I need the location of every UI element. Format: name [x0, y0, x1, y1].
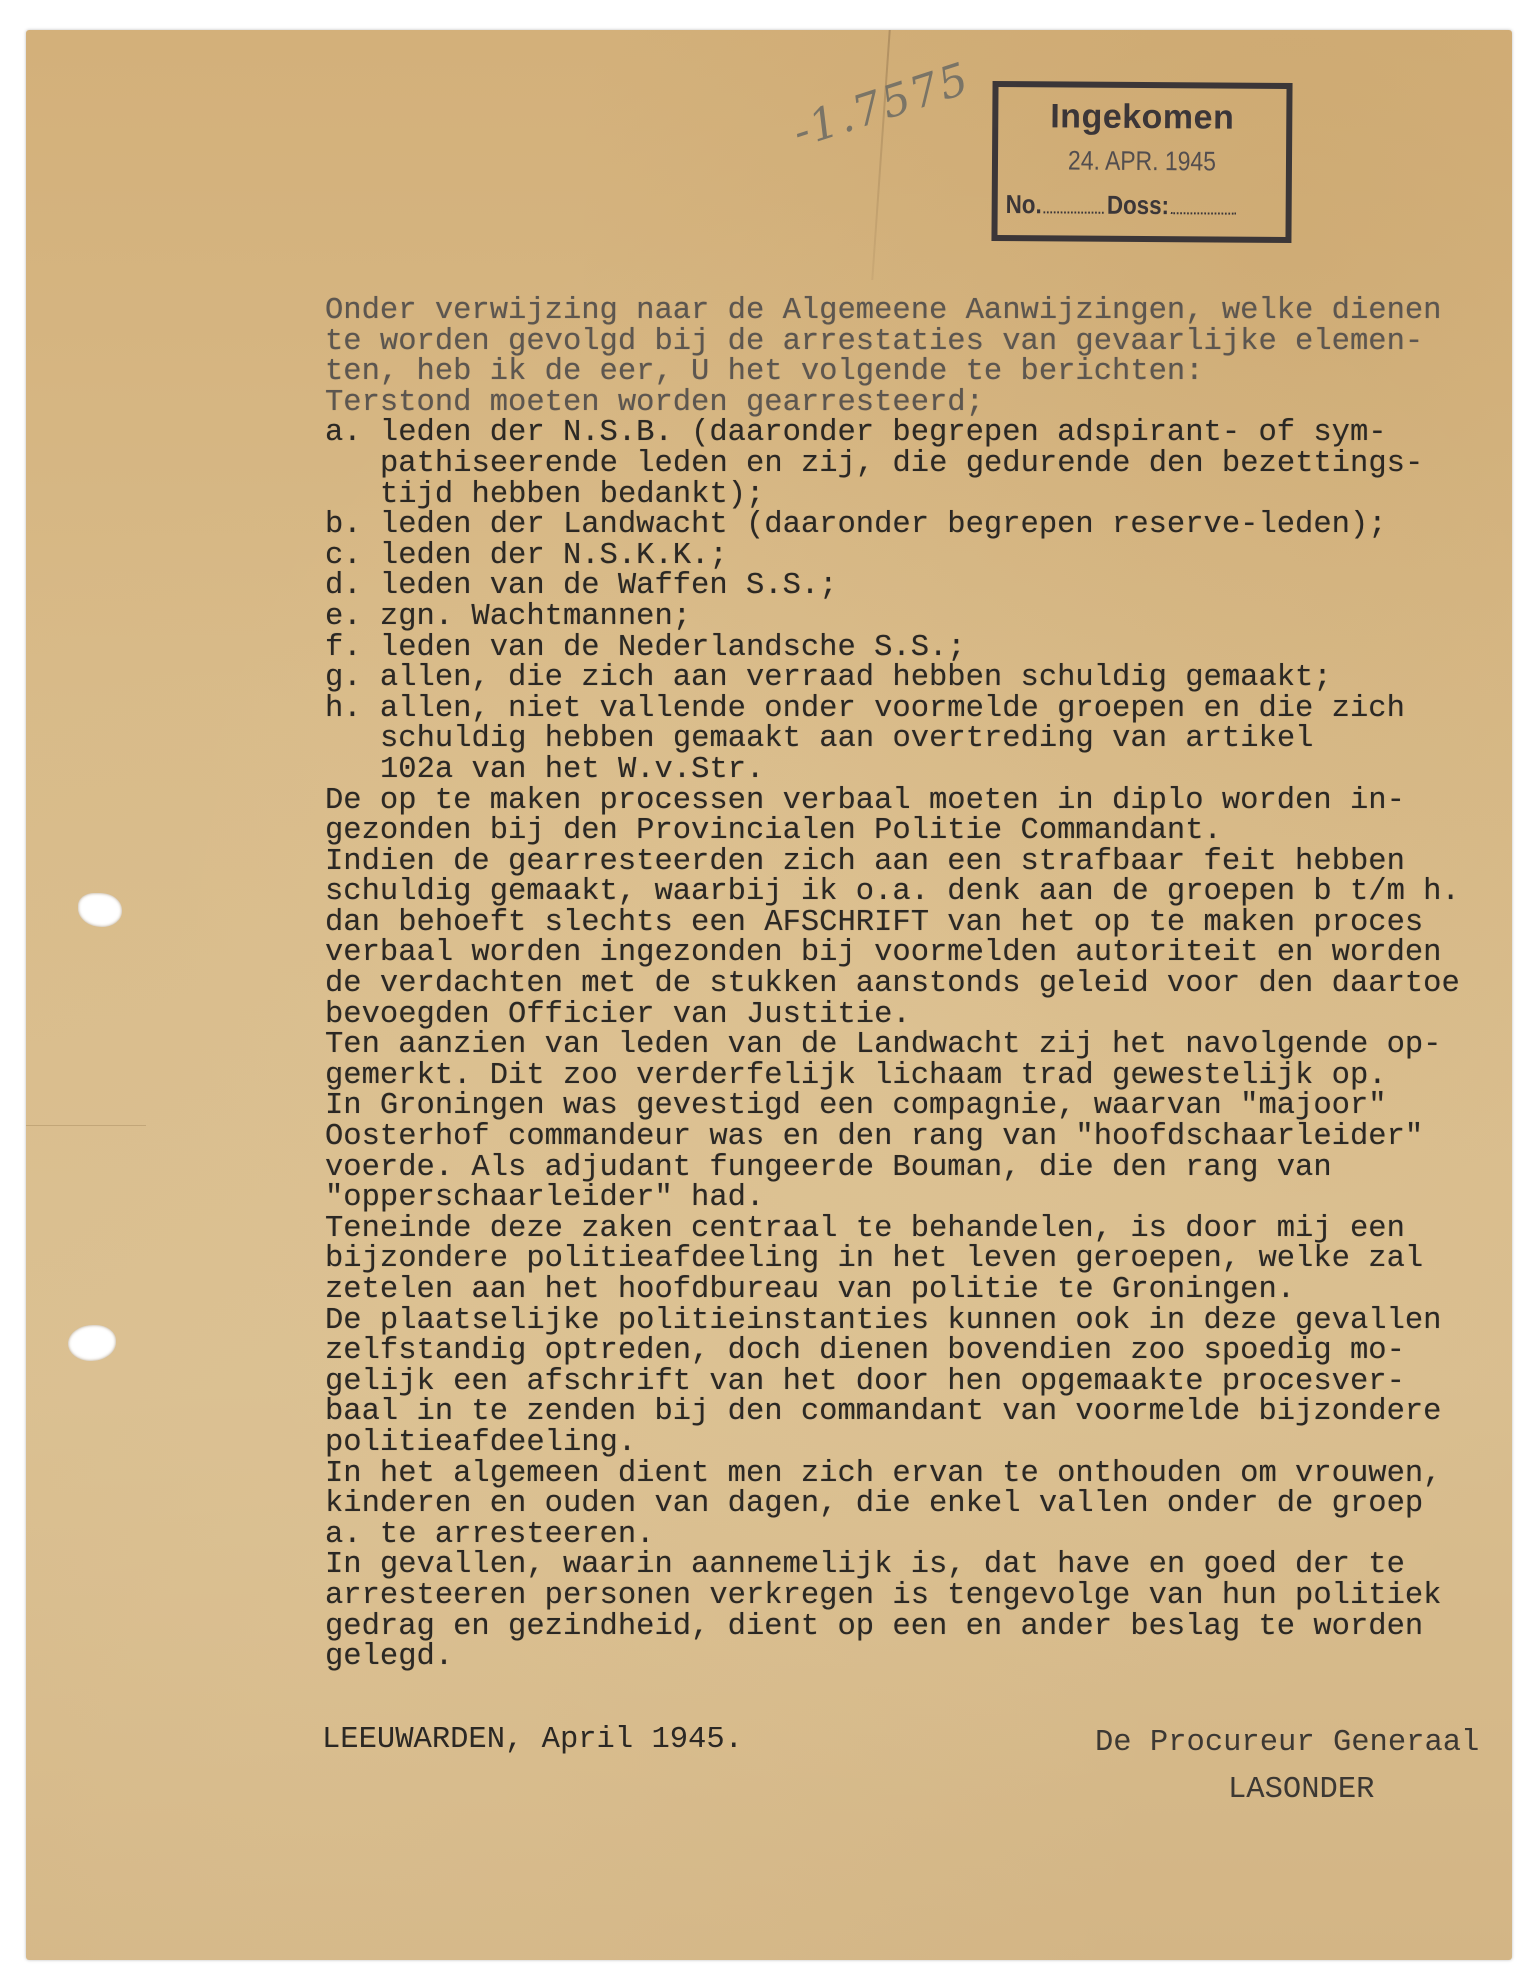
- text-line: 102a van het W.v.Str.: [325, 755, 1525, 786]
- text-line: pathiseerende leden en zij, die gedurend…: [325, 449, 1525, 480]
- text-line: de verdachten met de stukken aanstonds g…: [325, 969, 1525, 1000]
- stamp-title: Ingekomen: [998, 97, 1286, 138]
- text-line: politieafdeeling.: [325, 1428, 1525, 1459]
- letter-body: Onder verwijzing naar de Algemeene Aanwi…: [325, 296, 1525, 1673]
- text-line: arresteeren personen verkregen is tengev…: [325, 1581, 1525, 1612]
- stamp-no-blank: [1043, 211, 1103, 213]
- text-line: gezonden bij den Provincialen Politie Co…: [325, 816, 1525, 847]
- text-line: gedrag en gezindheid, dient op een en an…: [325, 1612, 1525, 1643]
- text-line: Terstond moeten worden gearresteerd;: [325, 388, 1525, 419]
- text-line: baal in te zenden bij den commandant van…: [325, 1397, 1525, 1428]
- text-line: kinderen en ouden van dagen, die enkel v…: [325, 1489, 1525, 1520]
- place-and-date: LEEUWARDEN, April 1945.: [322, 1723, 743, 1757]
- signatory-name: LASONDER: [1228, 1773, 1374, 1807]
- text-line: zetelen aan het hoofdbureau van politie …: [325, 1275, 1525, 1306]
- text-line: schuldig hebben gemaakt aan overtreding …: [325, 724, 1525, 755]
- text-line: gelegd.: [325, 1642, 1525, 1673]
- text-line: zelfstandig optreden, doch dienen bovend…: [325, 1336, 1525, 1367]
- text-line: a. leden der N.S.B. (daaronder begrepen …: [325, 418, 1525, 449]
- punch-hole: [78, 893, 122, 927]
- text-line: dan behoeft slechts een AFSCHRIFT van he…: [325, 908, 1525, 939]
- text-line: c. leden der N.S.K.K.;: [325, 541, 1525, 572]
- text-line: ten, heb ik de eer, U het volgende te be…: [325, 357, 1525, 388]
- stamp-doss-label: Doss:: [1107, 190, 1169, 221]
- text-line: g. allen, die zich aan verraad hebben sc…: [325, 663, 1525, 694]
- text-line: Onder verwijzing naar de Algemeene Aanwi…: [325, 296, 1525, 327]
- text-line: te worden gevolgd bij de arrestaties van…: [325, 327, 1525, 358]
- text-line: h. allen, niet vallende onder voormelde …: [325, 694, 1525, 725]
- text-line: bevoegden Officier van Justitie.: [325, 1000, 1525, 1031]
- text-line: Teneinde deze zaken centraal te behandel…: [325, 1214, 1525, 1245]
- text-line: gemerkt. Dit zoo verderfelijk lichaam tr…: [325, 1061, 1525, 1092]
- text-line: d. leden van de Waffen S.S.;: [325, 571, 1525, 602]
- signatory-title: De Procureur Generaal: [1095, 1726, 1479, 1760]
- text-line: a. te arresteeren.: [325, 1520, 1525, 1551]
- text-line: b. leden der Landwacht (daaronder begrep…: [325, 510, 1525, 541]
- text-line: In Groningen was gevestigd een compagnie…: [325, 1091, 1525, 1122]
- stamp-date: 24. APR. 1945: [1019, 145, 1264, 178]
- stamp-doss-blank: [1171, 212, 1236, 214]
- text-line: f. leden van de Nederlandsche S.S.;: [325, 633, 1525, 664]
- text-line: tijd hebben bedankt);: [325, 480, 1525, 511]
- stamp-no-label: No.: [1006, 189, 1042, 220]
- received-stamp: Ingekomen 24. APR. 1945 No. Doss:: [991, 81, 1292, 243]
- text-line: In het algemeen dient men zich ervan te …: [325, 1459, 1525, 1490]
- text-line: In gevallen, waarin aannemelijk is, dat …: [325, 1550, 1525, 1581]
- text-line: "opperschaarleider" had.: [325, 1183, 1525, 1214]
- stamp-fields: No. Doss:: [1006, 189, 1240, 222]
- text-line: Indien de gearresteerden zich aan een st…: [325, 847, 1525, 878]
- text-line: De plaatselijke politieinstanties kunnen…: [325, 1306, 1525, 1337]
- text-line: De op te maken processen verbaal moeten …: [325, 786, 1525, 817]
- text-line: Ten aanzien van leden van de Landwacht z…: [325, 1030, 1525, 1061]
- text-line: bijzondere politieafdeeling in het leven…: [325, 1244, 1525, 1275]
- paper-crease-horizontal: [26, 1125, 146, 1126]
- text-line: gelijk een afschrift van het door hen op…: [325, 1367, 1525, 1398]
- text-line: schuldig gemaakt, waarbij ik o.a. denk a…: [325, 877, 1525, 908]
- text-line: Oosterhof commandeur was en den rang van…: [325, 1122, 1525, 1153]
- text-line: voerde. Als adjudant fungeerde Bouman, d…: [325, 1153, 1525, 1184]
- text-line: e. zgn. Wachtmannen;: [325, 602, 1525, 633]
- text-line: verbaal worden ingezonden bij voormelden…: [325, 938, 1525, 969]
